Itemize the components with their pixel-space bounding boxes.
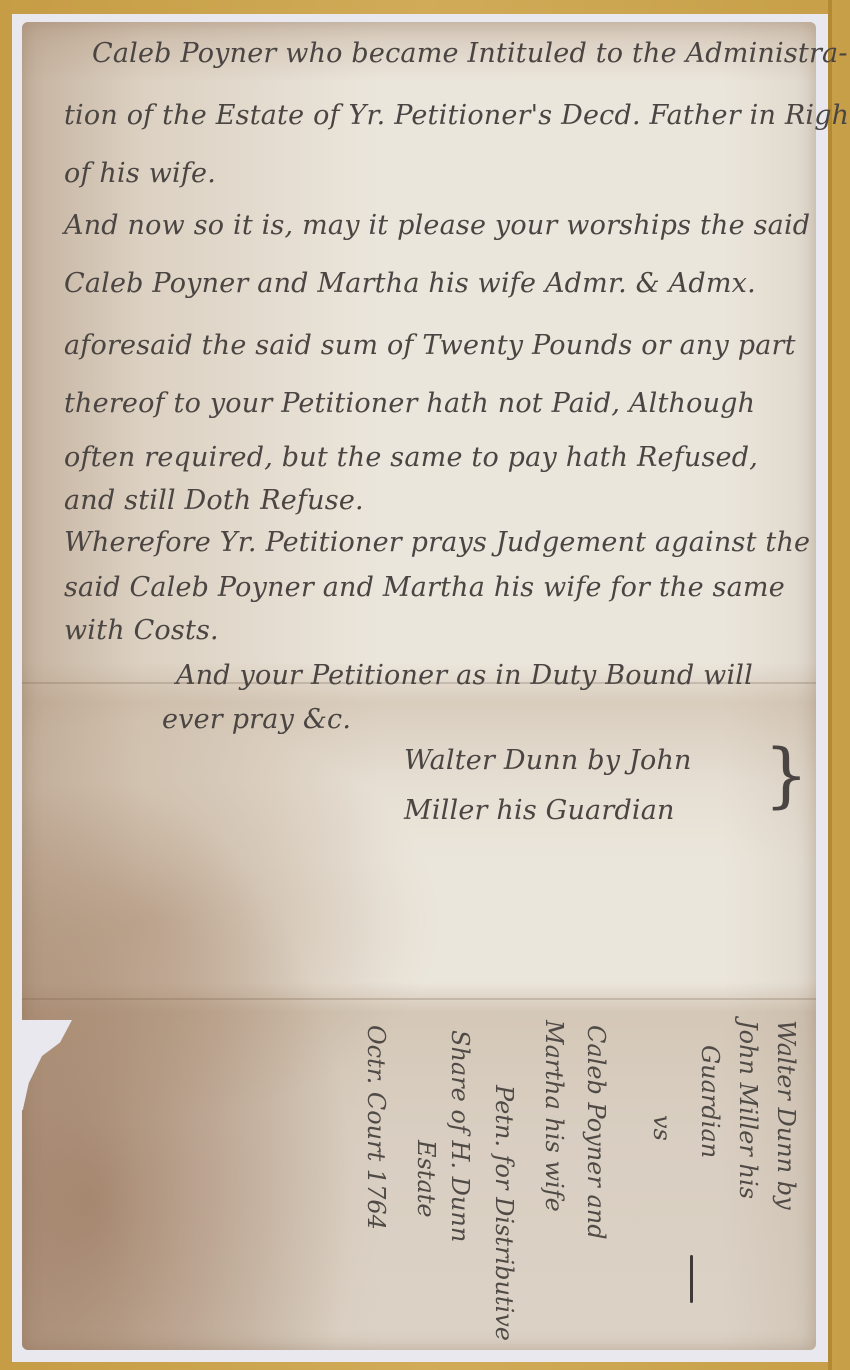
body-line: Wherefore Yr. Petitioner prays Judgement… <box>64 527 810 558</box>
body-line: And your Petitioner as in Duty Bound wil… <box>176 660 753 691</box>
signature-brace: } <box>764 740 809 810</box>
docket-line: Estate <box>412 1140 440 1218</box>
body-line: tion of the Estate of Yr. Petitioner's D… <box>64 100 850 131</box>
body-line: aforesaid the said sum of Twenty Pounds … <box>64 330 796 361</box>
body-line: with Costs. <box>64 615 219 646</box>
body-line: Caleb Poyner and Martha his wife Admr. &… <box>64 268 756 299</box>
body-line: said Caleb Poyner and Martha his wife fo… <box>64 572 785 603</box>
docket-line: Guardian <box>696 1045 724 1158</box>
docket-line: Walter Dunn by <box>772 1020 800 1210</box>
fold-line-lower <box>22 998 816 1000</box>
docket-line: John Miller his <box>734 1020 762 1199</box>
body-line: ever pray &c. <box>162 704 351 735</box>
docket-line: Martha his wife <box>540 1020 568 1212</box>
body-line: of his wife. <box>64 158 216 189</box>
frame-edge <box>828 0 832 1370</box>
body-line: often required, but the same to pay hath… <box>64 442 758 473</box>
body-line: thereof to your Petitioner hath not Paid… <box>64 388 755 419</box>
signature-line-1: Walter Dunn by John <box>404 745 692 776</box>
docket-line: Octr. Court 1764 <box>362 1025 390 1230</box>
body-line: and still Doth Refuse. <box>64 485 364 516</box>
docket-line: Caleb Poyner and <box>582 1025 610 1240</box>
docket-dash <box>690 1255 693 1303</box>
docket-line: Petn. for Distributive <box>490 1085 518 1341</box>
signature-line-2: Miller his Guardian <box>404 795 675 826</box>
docket-line: Share of H. Dunn <box>446 1030 474 1242</box>
body-line: And now so it is, may it please your wor… <box>64 210 810 241</box>
body-line: Caleb Poyner who became Intituled to the… <box>92 38 848 69</box>
docket-line: vs <box>648 1115 676 1141</box>
